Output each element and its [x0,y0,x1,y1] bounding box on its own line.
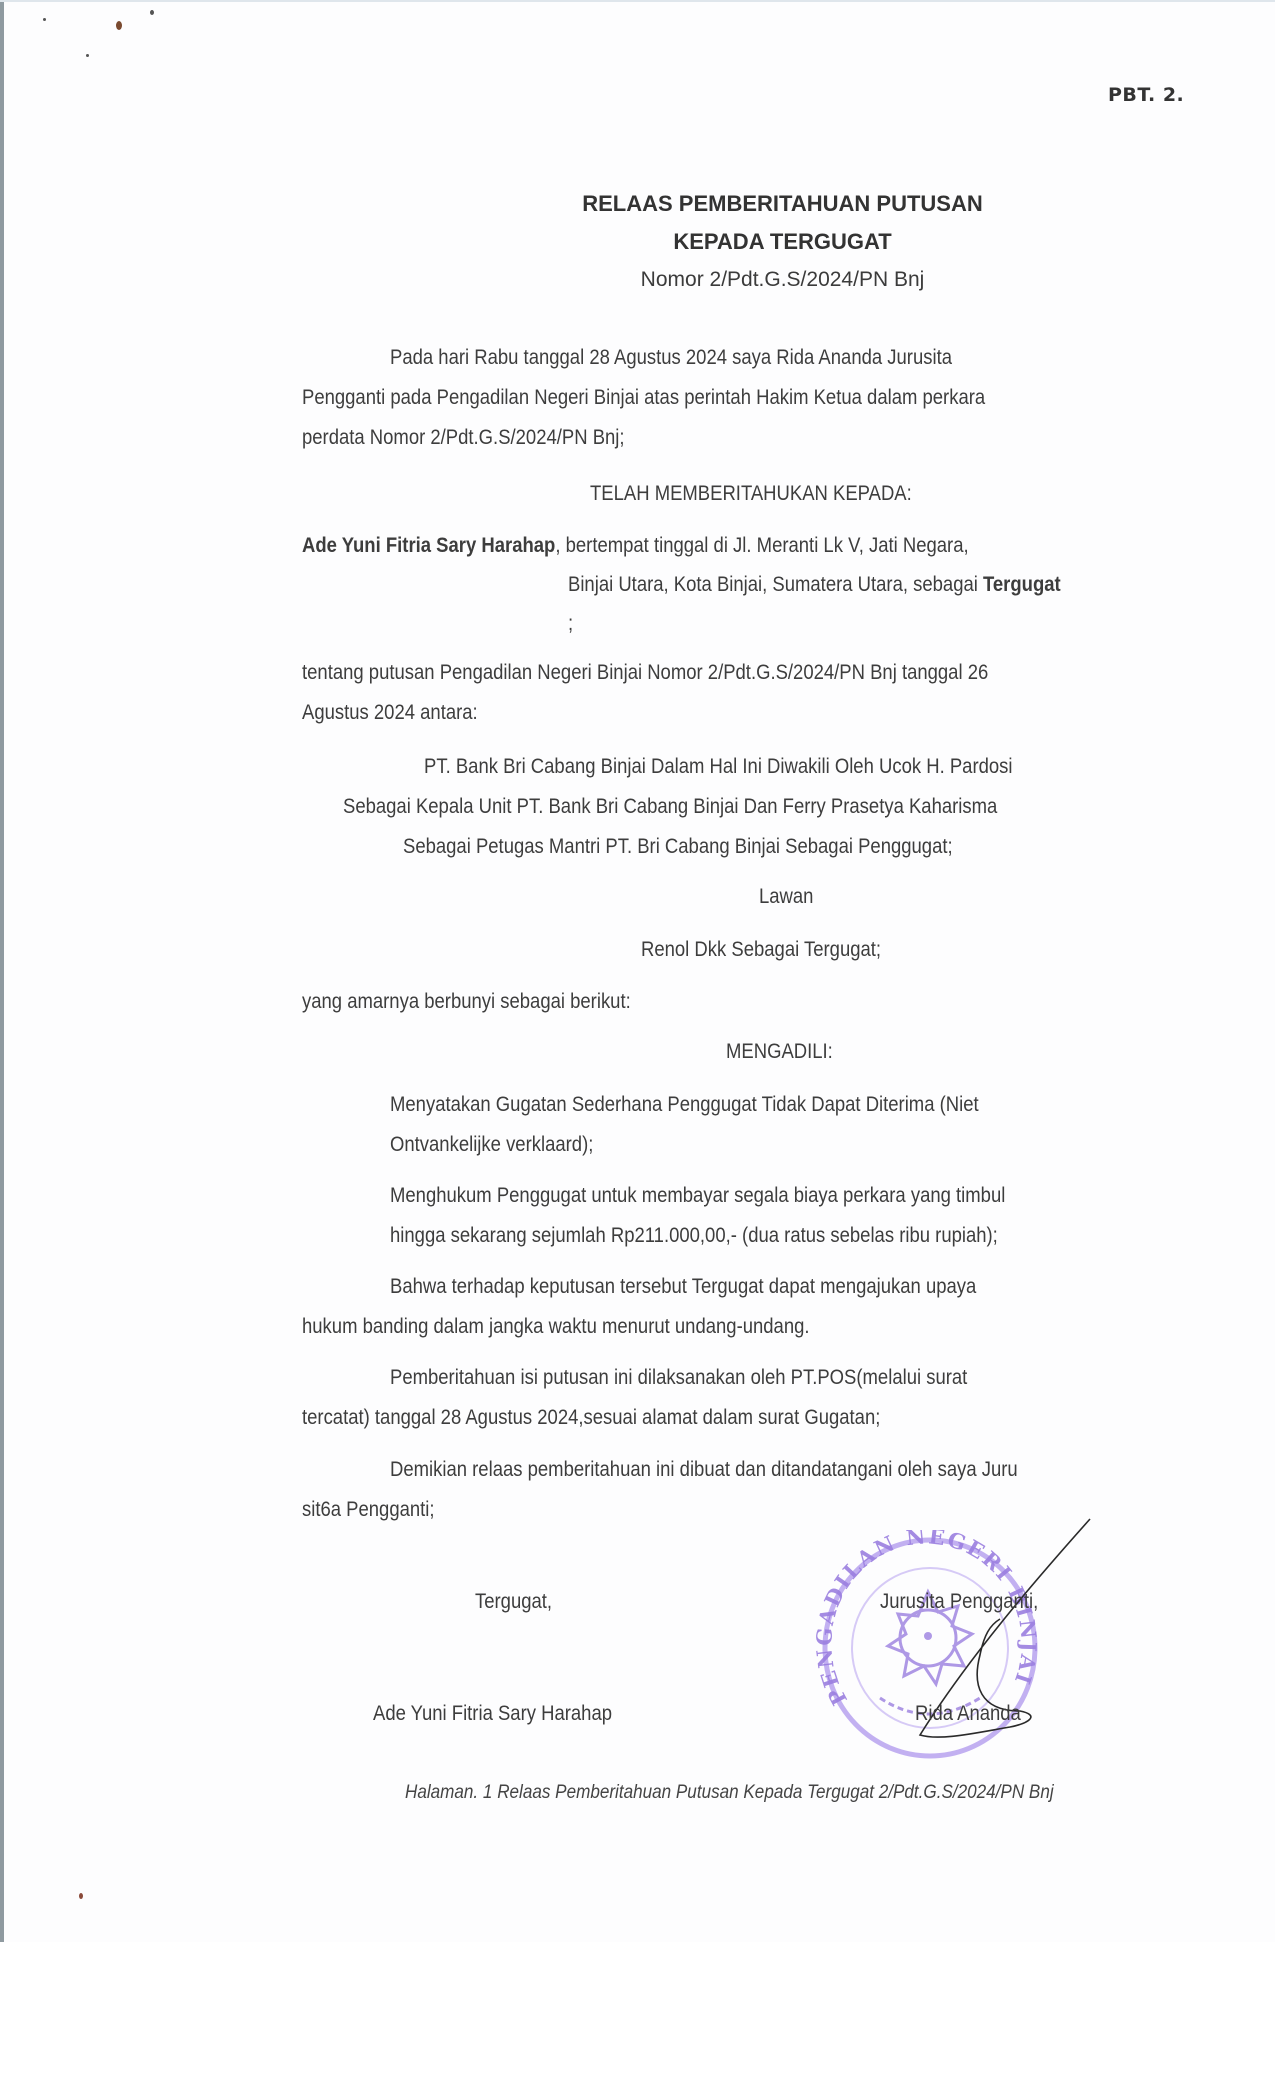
dust-speck [79,1893,83,1899]
verdict-item-2-line-2: hingga sekarang sejumlah Rp211.000,00,- … [390,1224,998,1248]
page-footer: Halaman. 1 Relaas Pemberitahuan Putusan … [405,1782,1054,1804]
recipient-line-2: Binjai Utara, Kota Binjai, Sumatera Utar… [568,573,1061,597]
recipient-name: Ade Yuni Fitria Sary Harahap [302,534,555,557]
document-title: RELAAS PEMBERITAHUAN PUTUSAN [0,191,1275,217]
signatory-left-role: Tergugat, [475,1590,552,1614]
case-number: Nomor 2/Pdt.G.S/2024/PN Bnj [0,268,1275,292]
notified-heading: TELAH MEMBERITAHUKAN KEPADA: [590,482,912,506]
dust-speck [150,10,154,15]
closing-line-1: Demikian relaas pemberitahuan ini dibuat… [390,1458,1018,1482]
document-subtitle: KEPADA TERGUGAT [0,229,1275,255]
reference-code: PBT. 2. [1108,84,1184,106]
delivery-line-1: Pemberitahuan isi putusan ini dilaksanak… [390,1366,967,1390]
plaintiff-line-2: Sebagai Kepala Unit PT. Bank Bri Cabang … [343,795,997,819]
signatory-left-name: Ade Yuni Fitria Sary Harahap [373,1702,612,1726]
plaintiff-line-1: PT. Bank Bri Cabang Binjai Dalam Hal Ini… [424,755,1013,779]
recipient-line-1: Ade Yuni Fitria Sary Harahap, bertempat … [302,534,969,558]
verdict-item-1-line-1: Menyatakan Gugatan Sederhana Penggugat T… [390,1093,979,1117]
recipient-address-2: Binjai Utara, Kota Binjai, Sumatera Utar… [568,573,983,596]
recipient-role: Tergugat [983,573,1061,596]
signatory-right-role: Jurusita Pengganti, [880,1590,1038,1614]
dust-speck [116,21,122,30]
about-line-1: tentang putusan Pengadilan Negeri Binjai… [302,661,988,685]
defendant-line: Renol Dkk Sebagai Tergugat; [641,938,881,962]
opening-line-1: Pada hari Rabu tanggal 28 Agustus 2024 s… [390,346,952,370]
appeal-line-2: hukum banding dalam jangka waktu menurut… [302,1315,810,1339]
signatory-right-name: Rida Ananda [915,1702,1021,1726]
scanner-top-edge [0,0,1275,2]
recipient-terminator: ; [568,612,573,636]
verdict-item-2-line-1: Menghukum Penggugat untuk membayar segal… [390,1184,1005,1208]
delivery-line-2: tercatat) tanggal 28 Agustus 2024,sesuai… [302,1406,880,1430]
recipient-address-1: , bertempat tinggal di Jl. Meranti Lk V,… [555,534,968,557]
dust-speck [86,54,89,57]
scanned-page: PBT. 2. RELAAS PEMBERITAHUAN PUTUSAN KEP… [0,0,1275,1942]
about-line-2: Agustus 2024 antara: [302,701,478,725]
closing-line-2: sit6a Pengganti; [302,1498,435,1522]
plaintiff-line-3: Sebagai Petugas Mantri PT. Bri Cabang Bi… [403,835,953,859]
verdict-intro: yang amarnya berbunyi sebagai berikut: [302,990,631,1014]
verdict-item-1-line-2: Ontvankelijke verklaard); [390,1133,593,1157]
verdict-heading: MENGADILI: [726,1040,833,1064]
dust-speck [43,18,46,21]
versus-label: Lawan [759,885,813,909]
opening-line-3: perdata Nomor 2/Pdt.G.S/2024/PN Bnj; [302,426,625,450]
opening-line-2: Pengganti pada Pengadilan Negeri Binjai … [302,386,985,410]
appeal-line-1: Bahwa terhadap keputusan tersebut Tergug… [390,1275,976,1299]
